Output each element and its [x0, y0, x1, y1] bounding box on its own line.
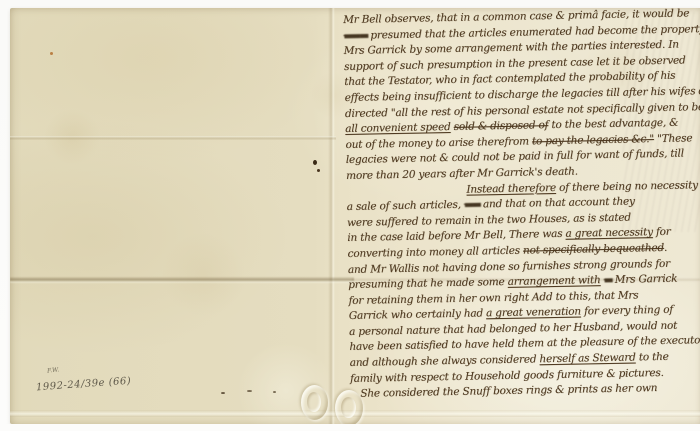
ink-speck: [317, 169, 320, 172]
manuscript-segment: .: [664, 242, 667, 254]
manuscript-paper: Mr Bell observes, that in a common case …: [10, 8, 700, 424]
horizontal-crease-upper: [10, 136, 336, 140]
struck-out-word: ▬: [604, 274, 612, 286]
ink-speck: [221, 392, 225, 394]
manuscript-segment: a sale of such articles,: [347, 199, 464, 213]
scan-margin-bottom: [0, 424, 700, 431]
manuscript-segment: to the best advantage, &: [548, 117, 678, 131]
manuscript-segment: Instead therefore: [466, 181, 556, 195]
manuscript-segment: for: [653, 226, 671, 238]
struck-out-word: ▬▬▬: [343, 29, 367, 41]
manuscript-segment: a great veneration: [486, 306, 581, 320]
manuscript-segment: Mrs Garrick: [611, 273, 677, 286]
struck-out-word: ▬▬: [464, 199, 480, 211]
embossed-stamp-icon: [335, 390, 363, 424]
manuscript-segment: and that on that account they: [480, 196, 635, 211]
accession-number: 1992-24/39e (66): [36, 376, 132, 394]
manuscript-segment: all convenient speed: [345, 121, 451, 135]
ink-speck: [273, 391, 276, 393]
manuscript-segment: out of the money to arise therefrom: [345, 135, 532, 151]
vertical-fold-crease: [328, 8, 335, 424]
ink-speck: [313, 160, 317, 165]
manuscript-segment: not specifically bequeathed: [523, 242, 664, 257]
manuscript-segment: presuming that he made some: [348, 276, 508, 291]
ink-speck: [247, 390, 252, 392]
embossed-stamp-icon: [301, 385, 328, 420]
manuscript-segment: for every thing of: [581, 304, 673, 318]
manuscript-segment: sold & disposed of: [454, 119, 549, 133]
manuscript-segment: converting into money all articles: [348, 244, 524, 259]
manuscript-segment: Garrick who certainly had: [349, 308, 486, 323]
manuscript-segment: to the: [636, 351, 669, 364]
manuscript-segment: of there being no necessity for: [556, 178, 700, 193]
manuscript-segment: more than 20 years after Mr Garrick's de…: [346, 165, 578, 181]
manuscript-segment: a great necessity: [565, 226, 653, 240]
manuscript-segment: arrangement with: [508, 274, 601, 288]
manuscript-segment: "These: [654, 132, 693, 145]
manuscript-segment: and although she always considered: [350, 353, 540, 369]
manuscript-segment: herself as Steward: [539, 352, 635, 366]
rust-speck: [50, 52, 53, 55]
manuscript-segment: in the case laid before Mr Bell, There w…: [347, 228, 565, 244]
manuscript-segment: to pay the legacies &c.": [532, 133, 654, 147]
pencil-initials: F.W.: [47, 366, 60, 374]
manuscript-text: Mr Bell observes, that in a common case …: [343, 8, 700, 403]
horizontal-crease-dark: [10, 277, 354, 283]
